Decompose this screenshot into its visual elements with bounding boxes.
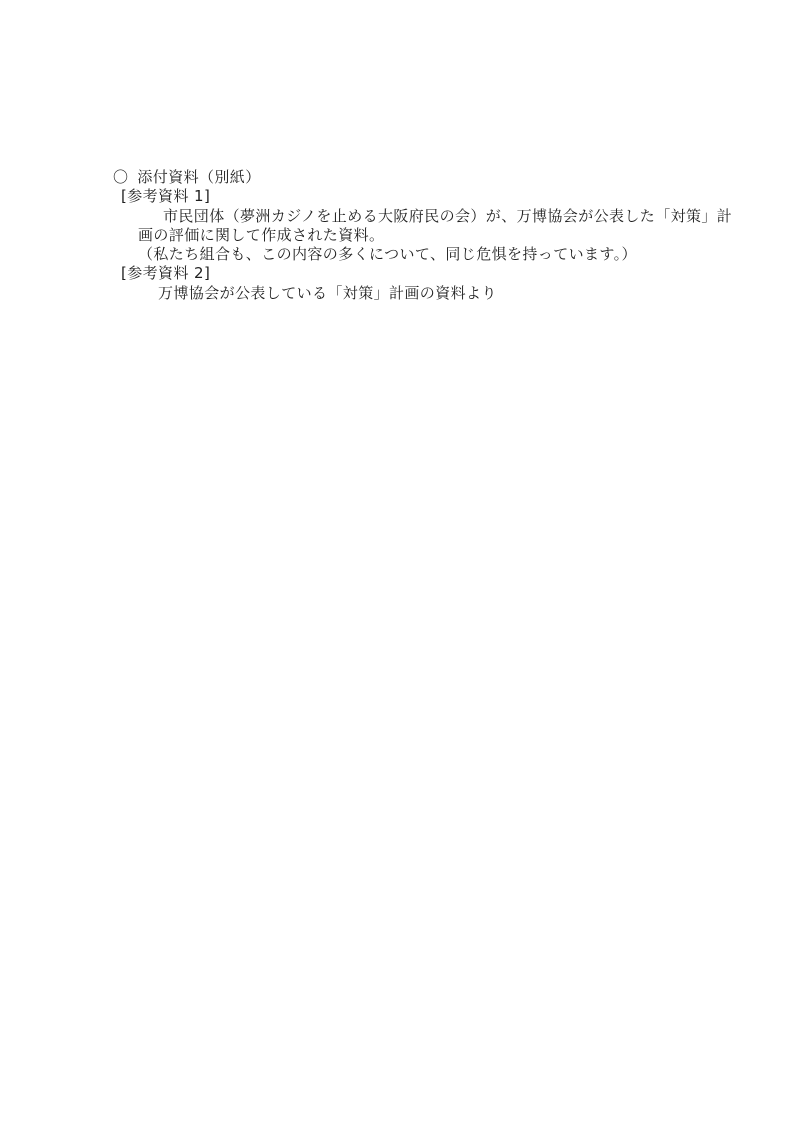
- reference-1-comment: （私たち組合も、この内容の多くについて、同じ危惧を持っています。）: [113, 245, 753, 264]
- reference-1-label: [参考資料 1]: [113, 187, 753, 206]
- attachment-heading: 〇添付資料（別紙）: [113, 168, 753, 187]
- attachments-note: 〇添付資料（別紙） [参考資料 1] 市民団体（夢洲カジノを止める大阪府民の会）…: [113, 168, 753, 303]
- circle-marker-icon: 〇: [113, 168, 128, 187]
- reference-2-description: 万博協会が公表している「対策」計画の資料より: [113, 284, 753, 303]
- reference-2-label: [参考資料 2]: [113, 264, 753, 283]
- reference-1-description-line-1: 市民団体（夢洲カジノを止める大阪府民の会）が、万博協会が公表した「対策」計: [113, 207, 753, 226]
- document-page: 〇添付資料（別紙） [参考資料 1] 市民団体（夢洲カジノを止める大阪府民の会）…: [0, 0, 800, 1132]
- reference-1-description-line-2: 画の評価に関して作成された資料。: [113, 226, 753, 245]
- attachment-heading-text: 添付資料（別紙）: [137, 168, 260, 186]
